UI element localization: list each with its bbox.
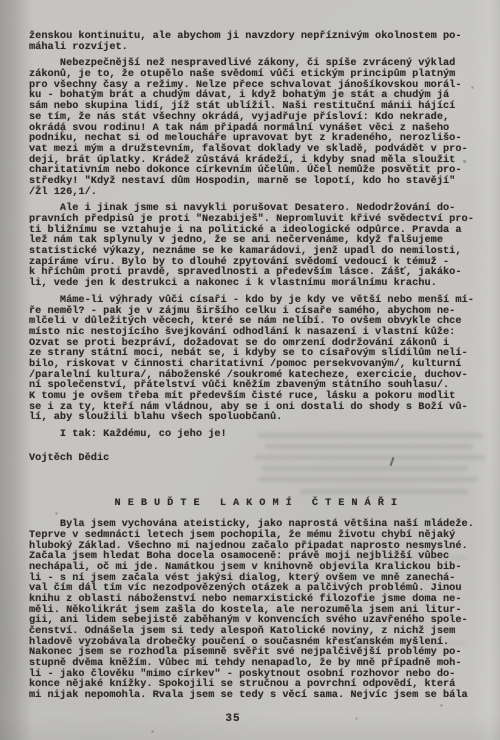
page-number: 35 [6,713,460,725]
text-block-paragraph: Nebezpečnější než nespravedlivé zákony, … [29,58,483,197]
document-text: ženskou kontinuitu, ale abychom ji navzd… [29,31,483,725]
text-block-paragraph: Ale i jinak jsme si navykli porušovat De… [29,203,483,289]
text-line: I tak: Každému, co jeho je! [29,429,483,440]
text-line: místo nic nestojícího švejkování odhodlá… [29,327,483,338]
text-block-paragraph: Máme-li výhrady vůči císaři - kdo by je … [29,295,483,423]
text-blocks: ženskou kontinuitu, ale abychom ji navzd… [29,31,483,701]
text-block-signature: Vojtěch Dědic [29,453,483,464]
text-block-paragraph: Byla jsem vychována ateisticky, jako nap… [29,519,483,701]
text-line: Teprve v sedmnácti letech jsem pochopila… [29,530,483,541]
text-line: nechápali, oč mi jde. Namátkou jsem v kn… [29,562,483,573]
section-heading: N E B U Ď T E L A K O M Í Č T E N Á Ř I [29,498,483,509]
text-line: máhali rozvíjet. [29,42,483,53]
text-line: se tím, že nás stát všechny okrádá, vyja… [29,112,483,123]
section-heading-text: N E B U Ď T E L A K O M Í Č T E N Á Ř I [29,498,483,509]
dust-speckles [0,0,1,1]
text-line: středky! "Když nestaví dům Hospodin, mar… [29,176,483,187]
text-line: mi nijak nepomohla. Rvala jsem se tedy s… [29,690,483,701]
text-block-opening: ženskou kontinuitu, ale abychom ji navzd… [29,31,483,52]
text-line: Máme-li výhrady vůči císaři - kdo by je … [29,295,483,306]
text-line: Vojtěch Dědic [29,453,483,464]
text-line: vat mezi mým a družstevním, falšovat dok… [29,144,483,155]
scanned-document-page: ženskou kontinuitu, ale abychom ji navzd… [0,0,500,740]
text-line: lí, aby sloužili blahu všech spoluobčanů… [29,412,483,423]
text-line: li, vede jen k destrukci a nakonec i k v… [29,278,483,289]
text-block-closing: I tak: Každému, co jeho je! [29,429,483,440]
text-line: /Žl 126,1/. [29,187,483,198]
